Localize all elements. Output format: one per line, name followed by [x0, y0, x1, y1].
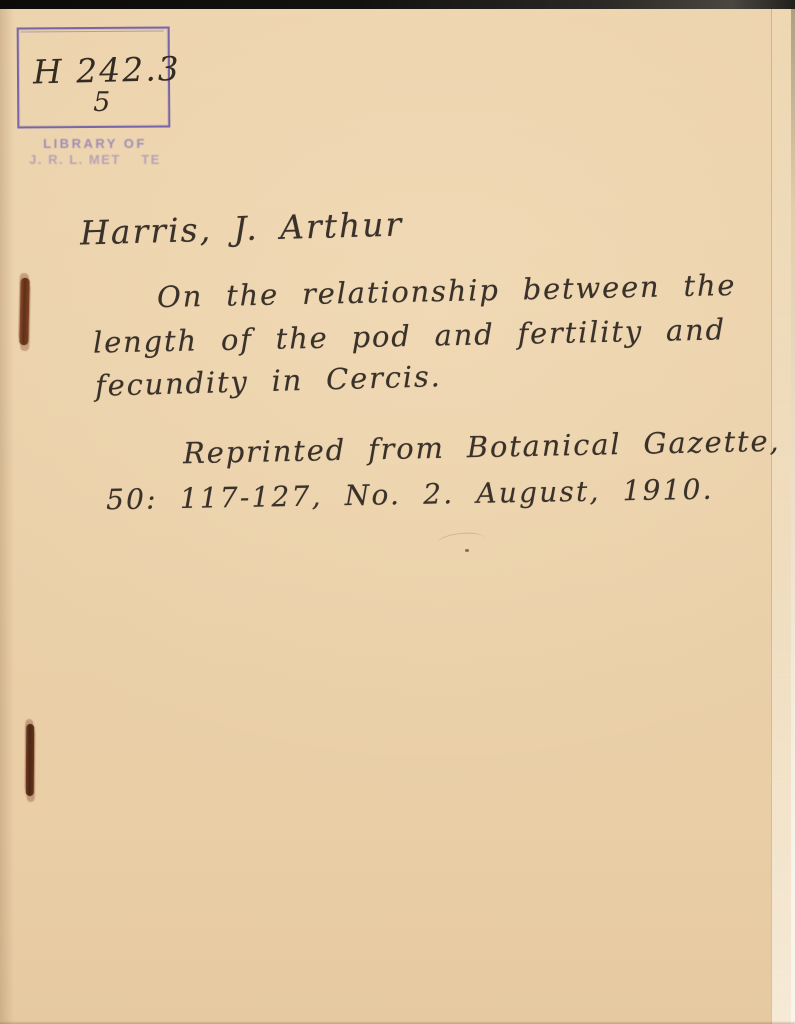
handwritten-citation-line-2: 50: 117-127, No. 2. August, 1910.	[106, 473, 714, 517]
underlying-page-edge	[771, 6, 795, 1024]
ink-dot	[465, 549, 469, 552]
library-stamp-line1: LIBRARY OF	[20, 136, 170, 151]
scanner-edge-shadow	[0, 0, 795, 9]
scanned-pamphlet-cover: H 242.3 5 LIBRARY OF J. R. L. MET TE Har…	[0, 0, 795, 1024]
call-number-volume: 5	[93, 87, 110, 118]
rusted-staple-bottom	[26, 724, 35, 796]
rusted-staple-top	[19, 278, 29, 345]
handwritten-author-line: Harris, J. Arthur	[80, 204, 404, 252]
pamphlet-cover-paper: H 242.3 5 LIBRARY OF J. R. L. MET TE Har…	[0, 6, 795, 1024]
handwritten-title-line-2: length of the pod and fertility and	[93, 312, 727, 359]
call-number-stamp-box: H 242.3 5	[17, 26, 171, 128]
library-ownership-stamp: LIBRARY OF J. R. L. MET TE	[20, 136, 170, 167]
handwritten-title-line-1: On the relationship between the	[157, 268, 737, 314]
smudge-mark	[436, 531, 485, 552]
handwritten-citation-line-1: Reprinted from Botanical Gazette,	[183, 424, 781, 471]
call-number: H 242.3	[32, 49, 163, 91]
library-stamp-line2: J. R. L. MET TE	[20, 152, 170, 167]
handwritten-title-line-3: fecundity in Cercis.	[95, 359, 442, 403]
